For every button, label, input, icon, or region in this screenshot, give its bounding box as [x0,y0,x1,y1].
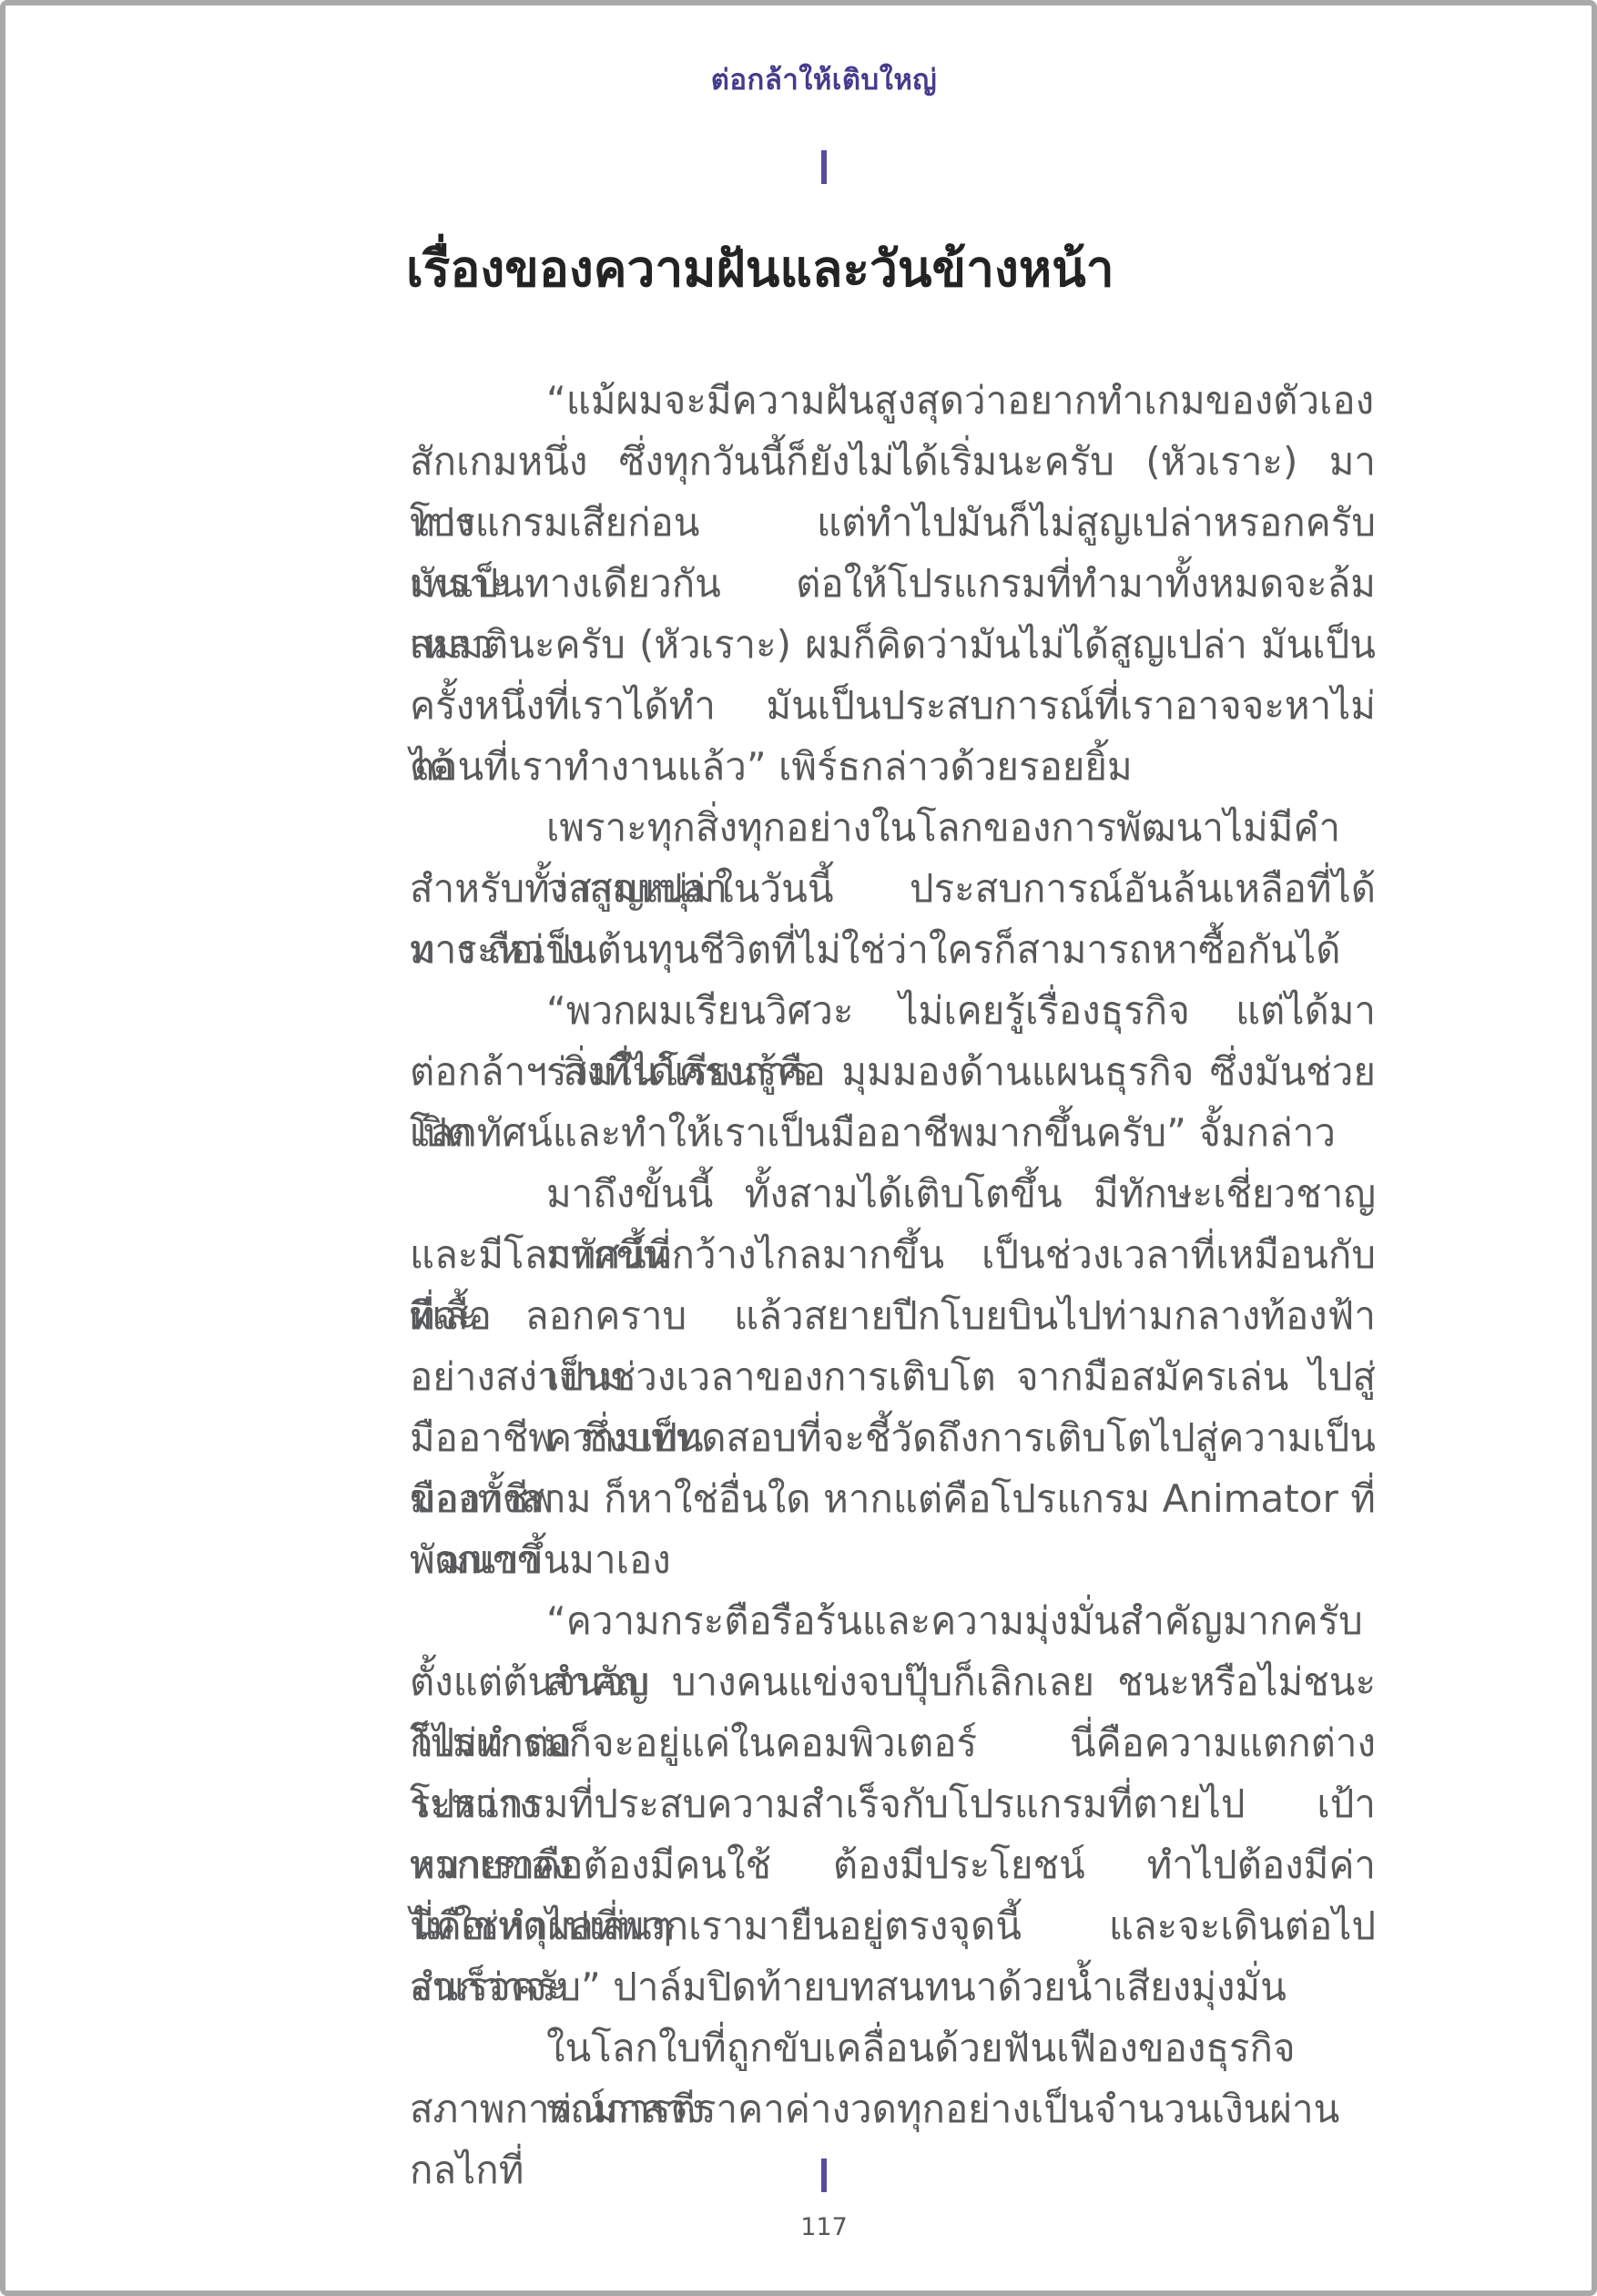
text-line: โลกทัศน์และทำให้เราเป็นมืออาชีพมากขึ้นคร… [410,1102,1376,1163]
text-line: พัฒนาขึ้นมาเอง [410,1529,1376,1590]
text-line: เพราะทุกสิ่งทุกอย่างในโลกของการพัฒนาไม่ม… [410,797,1376,858]
text-line: นี่คือเหตุผลที่พวกเรามายืนอยู่ตรงจุดนี้ … [410,1895,1376,1956]
text-line: ทาง ถือเป็นต้นทุนชีวิตที่ไม่ใช่ว่าใครก็ส… [410,919,1376,980]
header-divider-bar [821,150,827,184]
text-line: “ความกระตือรือร้นและความมุ่งมั่นสำคัญมาก… [410,1590,1376,1651]
text-line: มันเป็นทางเดียวกัน ต่อให้โปรแกรมที่ทำมาท… [410,553,1376,614]
text-line: มืออาชีพ ซึ่งบททดสอบที่จะชี้วัดถึงการเติ… [410,1407,1376,1468]
text-line: ต่อกล้าฯ สิ่งที่ได้เรียนรู้คือ มุมมองด้า… [410,1041,1376,1102]
text-line: สมมตินะครับ (หัวเราะ) ผมก็คิดว่ามันไม่ได… [410,614,1376,675]
text-line: สภาพการณ์การตีราคาค่างวดทุกอย่างเป็นจำนว… [410,2078,1376,2139]
text-line: พวกเราคือต้องมีคนใช้ ต้องมีประโยชน์ ทำไป… [410,1834,1376,1895]
footer-divider-bar [821,2158,827,2192]
text-line: และมีโลกทัศน์ที่กว้างไกลมากขึ้น เป็นช่วง… [410,1224,1376,1285]
book-page: ต่อกล้าให้เติบใหญ่ เรื่องของความฝันและวั… [0,0,1597,2296]
text-line: ที่จะ ลอกคราบ แล้วสยายปีกโบยบินไปท่ามกลา… [410,1285,1376,1346]
text-line: “แม้ผมจะมีความฝันสูงสุดว่าอยากทำเกมของตั… [410,370,1376,431]
text-line: “พวกผมเรียนวิศวะ ไม่เคยรู้เรื่องธุรกิจ แ… [410,980,1376,1041]
body-text: “แม้ผมจะมีความฝันสูงสุดว่าอยากทำเกมของตั… [410,370,1376,2139]
text-line: โปรแกรมก็จะอยู่แค่ในคอมพิวเตอร์ นี่คือคว… [410,1712,1376,1773]
text-line: ตั้งแต่ต้นจนจบ บางคนแข่งจบปุ๊บก็เลิกเลย … [410,1651,1376,1712]
page-number: 117 [800,2213,848,2241]
running-header: ต่อกล้าให้เติบใหญ่ [711,56,937,102]
page-title: เรื่องของความฝันและวันข้างหน้า [406,230,1114,309]
text-line: ในโลกใบที่ถูกขับเคลื่อนด้วยฟันเฟืองของธุ… [410,2017,1376,2078]
text-line: โปรแกรมที่ประสบความสำเร็จกับโปรแกรมที่ตา… [410,1773,1376,1834]
text-line: ตอนที่เราทำงานแล้ว” เพิร์ธกล่าวด้วยรอยยิ… [410,736,1376,797]
text-line: เป็นช่วงเวลาของการเติบโต จากมือสมัครเล่น… [410,1346,1376,1407]
text-line: ของทั้งสาม ก็หาใช่อื่นใด หากแต่คือโปรแกร… [410,1468,1376,1529]
text-line: สำหรับทั้งสามหนุ่มในวันนี้ ประสบการณ์อัน… [410,858,1376,919]
text-line: สำเร็จครับ” ปาล์มปิดท้ายบทสนทนาด้วยน้ำเส… [410,1956,1376,2017]
text-line: สักเกมหนึ่ง ซึ่งทุกวันนี้ก็ยังไม่ได้เริ่… [410,431,1376,492]
text-line: ครั้งหนึ่งที่เราได้ทำ มันเป็นประสบการณ์ท… [410,675,1376,736]
text-line: โปรแกรมเสียก่อน แต่ทำไปมันก็ไม่สูญเปล่าห… [410,492,1376,553]
text-line: มาถึงขั้นนี้ ทั้งสามได้เติบโตขึ้น มีทักษ… [410,1163,1376,1224]
